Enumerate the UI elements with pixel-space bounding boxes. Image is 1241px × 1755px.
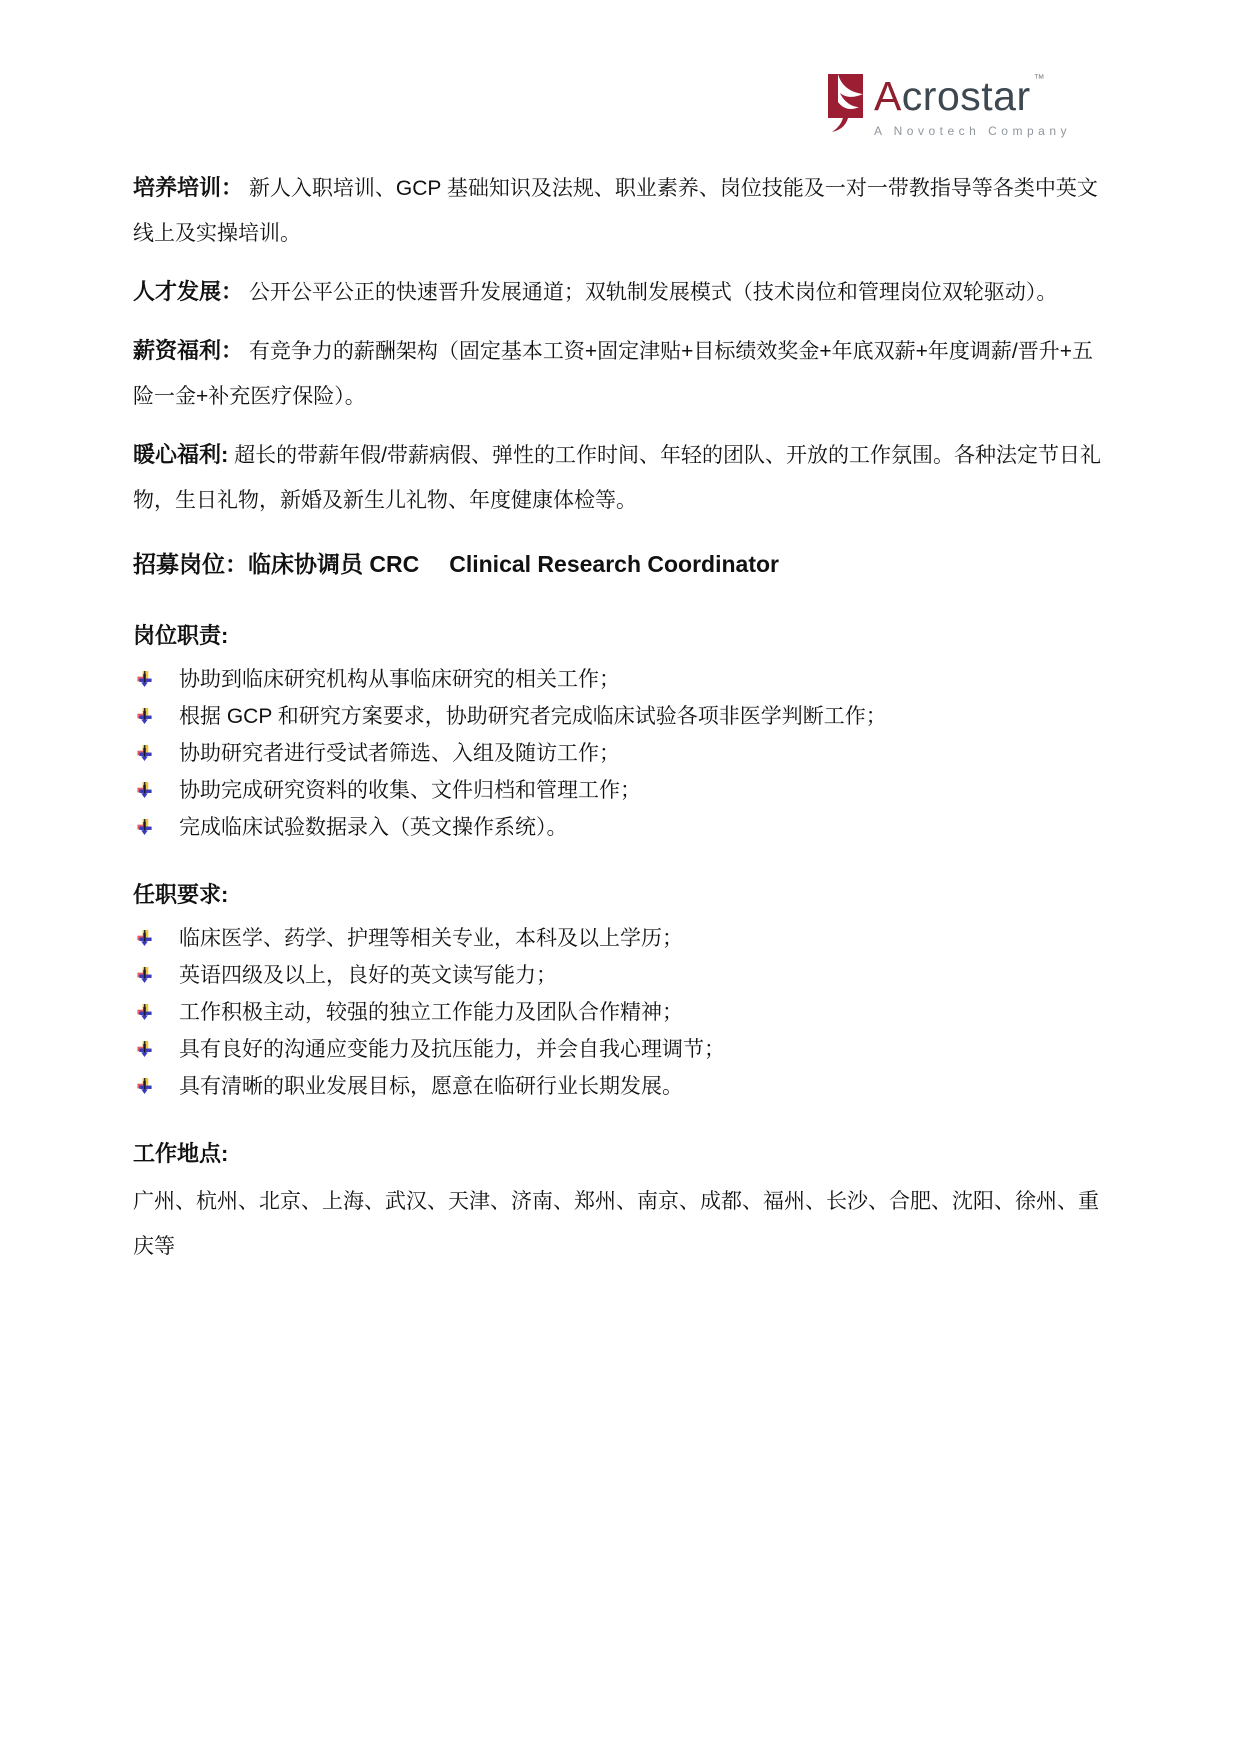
list-item: 协助完成研究资料的收集、文件归档和管理工作； [133, 772, 1111, 809]
acrostar-logo: Acrostar ™ A Novotech Company [827, 72, 1071, 138]
list-item: 临床医学、药学、护理等相关专业，本科及以上学历； [133, 920, 1111, 957]
acrostar-logo-mark-icon [827, 72, 865, 137]
arrow-bullet-icon [136, 819, 153, 836]
requirements-list: 临床医学、药学、护理等相关专业，本科及以上学历； 英语四级及以上，良好的英文读写… [133, 920, 1111, 1105]
list-item: 工作积极主动，较强的独立工作能力及团队合作精神； [133, 994, 1111, 1031]
position-title-en: Clinical Research Coordinator [449, 551, 779, 577]
arrow-bullet-icon [136, 930, 153, 947]
list-item: 具有良好的沟通应变能力及抗压能力，并会自我心理调节； [133, 1031, 1111, 1068]
position-title-cn: 招募岗位：临床协调员 CRC [133, 551, 419, 577]
trademark-symbol: ™ [1034, 74, 1045, 85]
list-item: 具有清晰的职业发展目标，愿意在临研行业长期发展。 [133, 1068, 1111, 1105]
brand-line: Acrostar ™ [874, 76, 1071, 117]
arrow-bullet-icon [136, 782, 153, 799]
arrow-bullet-icon [136, 967, 153, 984]
position-title: 招募岗位：临床协调员 CRCClinical Research Coordina… [133, 542, 1111, 587]
locations-heading: 工作地点: [133, 1133, 1111, 1175]
list-item-text: 英语四级及以上，良好的英文读写能力； [179, 957, 557, 994]
list-item-text: 协助完成研究资料的收集、文件归档和管理工作； [179, 772, 641, 809]
paragraph-text: 超长的带薪年假/带薪病假、弹性的工作时间、年轻的团队、开放的工作氛围。各种法定节… [133, 444, 1101, 512]
arrow-bullet-icon [136, 708, 153, 725]
document-content: 培养培训： 新人入职培训、GCP 基础知识及法规、职业素养、岗位技能及一对一带教… [0, 138, 1241, 1269]
list-item-text: 临床医学、药学、护理等相关专业，本科及以上学历； [179, 920, 683, 957]
responsibilities-list: 协助到临床研究机构从事临床研究的相关工作； 根据 GCP 和研究方案要求，协助研… [133, 661, 1111, 846]
list-item-text: 具有良好的沟通应变能力及抗压能力，并会自我心理调节； [179, 1031, 725, 1068]
brand-name: Acrostar [874, 76, 1031, 117]
paragraph-label: 暖心福利: [133, 442, 228, 467]
paragraph-development: 人才发展： 公开公平公正的快速晋升发展通道；双轨制发展模式（技术岗位和管理岗位双… [133, 269, 1111, 315]
paragraph-label: 培养培训： [133, 175, 243, 200]
arrow-bullet-icon [136, 745, 153, 762]
paragraph-welfare: 暖心福利: 超长的带薪年假/带薪病假、弹性的工作时间、年轻的团队、开放的工作氛围… [133, 432, 1111, 523]
list-item-text: 协助到临床研究机构从事临床研究的相关工作； [179, 661, 620, 698]
page-header: Acrostar ™ A Novotech Company [0, 0, 1241, 138]
paragraph-text: 新人入职培训、GCP 基础知识及法规、职业素养、岗位技能及一对一带教指导等各类中… [133, 177, 1098, 245]
list-item-text: 协助研究者进行受试者筛选、入组及随访工作； [179, 735, 620, 772]
document-page: Acrostar ™ A Novotech Company 培养培训： 新人入职… [0, 0, 1241, 1755]
locations-text: 广州、杭州、北京、上海、武汉、天津、济南、郑州、南京、成都、福州、长沙、合肥、沈… [133, 1179, 1111, 1269]
paragraph-text: 公开公平公正的快速晋升发展通道；双轨制发展模式（技术岗位和管理岗位双轮驱动）。 [249, 281, 1058, 304]
arrow-bullet-icon [136, 1004, 153, 1021]
paragraph-label: 薪资福利： [133, 338, 243, 363]
list-item: 协助到临床研究机构从事临床研究的相关工作； [133, 661, 1111, 698]
logo-text-block: Acrostar ™ A Novotech Company [874, 72, 1071, 138]
arrow-bullet-icon [136, 1078, 153, 1095]
requirements-heading: 任职要求: [133, 874, 1111, 916]
paragraph-training: 培养培训： 新人入职培训、GCP 基础知识及法规、职业素养、岗位技能及一对一带教… [133, 165, 1111, 256]
list-item-text: 工作积极主动，较强的独立工作能力及团队合作精神； [179, 994, 683, 1031]
paragraph-salary: 薪资福利： 有竞争力的薪酬架构（固定基本工资+固定津贴+目标绩效奖金+年底双薪+… [133, 328, 1111, 419]
list-item-text: 具有清晰的职业发展目标，愿意在临研行业长期发展。 [179, 1068, 683, 1105]
brand-tagline: A Novotech Company [874, 124, 1071, 138]
arrow-bullet-icon [136, 671, 153, 688]
list-item: 协助研究者进行受试者筛选、入组及随访工作； [133, 735, 1111, 772]
responsibilities-heading: 岗位职责: [133, 615, 1111, 657]
list-item: 根据 GCP 和研究方案要求，协助研究者完成临床试验各项非医学判断工作； [133, 698, 1111, 735]
list-item-text: 完成临床试验数据录入（英文操作系统）。 [179, 809, 568, 846]
list-item-text: 根据 GCP 和研究方案要求，协助研究者完成临床试验各项非医学判断工作； [179, 698, 887, 735]
list-item: 英语四级及以上，良好的英文读写能力； [133, 957, 1111, 994]
paragraph-label: 人才发展： [133, 279, 243, 304]
paragraph-text: 有竞争力的薪酬架构（固定基本工资+固定津贴+目标绩效奖金+年底双薪+年度调薪/晋… [133, 340, 1093, 408]
arrow-bullet-icon [136, 1041, 153, 1058]
list-item: 完成临床试验数据录入（英文操作系统）。 [133, 809, 1111, 846]
